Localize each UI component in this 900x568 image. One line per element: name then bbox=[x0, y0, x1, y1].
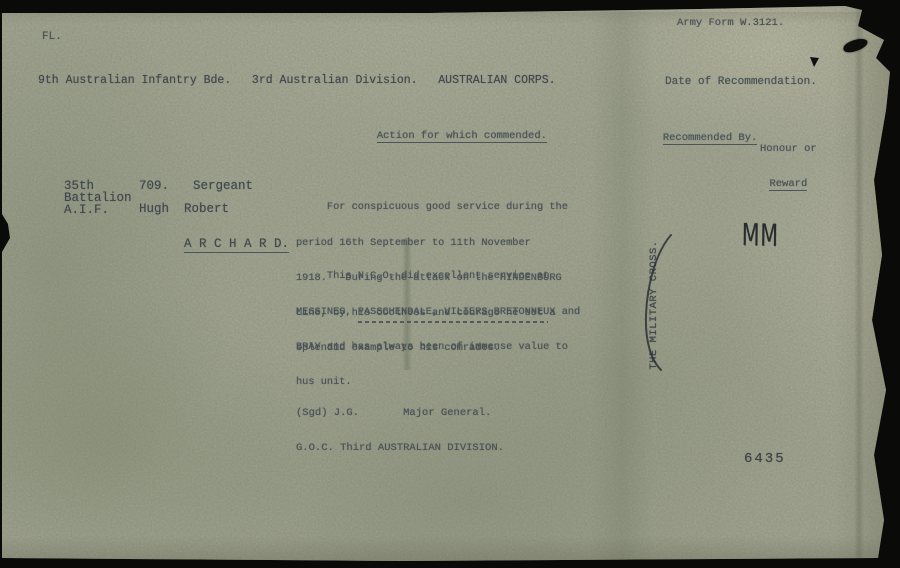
filing-mark: FL. bbox=[42, 31, 62, 43]
soldier-given-names: Hugh Robert bbox=[139, 203, 229, 215]
unit-header-line: 9th Australian Infantry Bde. 3rd Austral… bbox=[38, 74, 556, 87]
paper-hole-small bbox=[810, 57, 819, 67]
form-number: Army Form W.3121. bbox=[677, 18, 784, 30]
paper-sheet: FL. Army Form W.3121. 9th Australian Inf… bbox=[0, 0, 900, 568]
paper-hole-large bbox=[842, 37, 869, 54]
paper-crease-right bbox=[854, 0, 864, 568]
edge-shading-bottom bbox=[0, 536, 900, 562]
military-cross-stamp: THE MILITARY CROSS. bbox=[648, 240, 660, 370]
scanned-document: FL. Army Form W.3121. 9th Australian Inf… bbox=[0, 0, 900, 568]
torn-edge-shading-right bbox=[834, 0, 890, 568]
citation-line: For conspicuous good service during the bbox=[296, 202, 568, 214]
handwritten-mm-annotation: MM bbox=[742, 217, 779, 253]
citation-line: MESSINES, PASSCHENDALE, VILIERS BRETONNE… bbox=[296, 307, 580, 319]
date-of-recommendation-label: Date of Recommendation. bbox=[665, 76, 817, 88]
reference-number: 6435 bbox=[744, 451, 786, 467]
typed-dashed-separator bbox=[358, 321, 548, 323]
citation-line: BRAY and has always been of immense valu… bbox=[296, 342, 580, 354]
column-header-recommended-by: Recommended By. bbox=[625, 121, 757, 156]
soldier-rank: Sergeant bbox=[193, 180, 253, 192]
soldier-unit-line3: A.I.F. bbox=[64, 204, 109, 216]
paper-discoloration-band bbox=[590, 0, 654, 568]
column-header-honour: Honour or Reward bbox=[760, 121, 817, 213]
signature-line2: G.O.C. Third AUSTRALIAN DIVISION. bbox=[296, 443, 504, 455]
signature-line1: (Sgd) J.G. Major General. bbox=[296, 408, 504, 420]
soldier-surname: A R C H A R D. bbox=[139, 226, 289, 262]
soldier-service-number: 709. bbox=[139, 180, 169, 192]
column-header-action: Action for which commended. bbox=[339, 119, 547, 154]
signature-block: (Sgd) J.G. Major General. G.O.C. Third A… bbox=[296, 385, 504, 477]
citation-line: This N.C.O. did excellent service at bbox=[296, 271, 580, 283]
